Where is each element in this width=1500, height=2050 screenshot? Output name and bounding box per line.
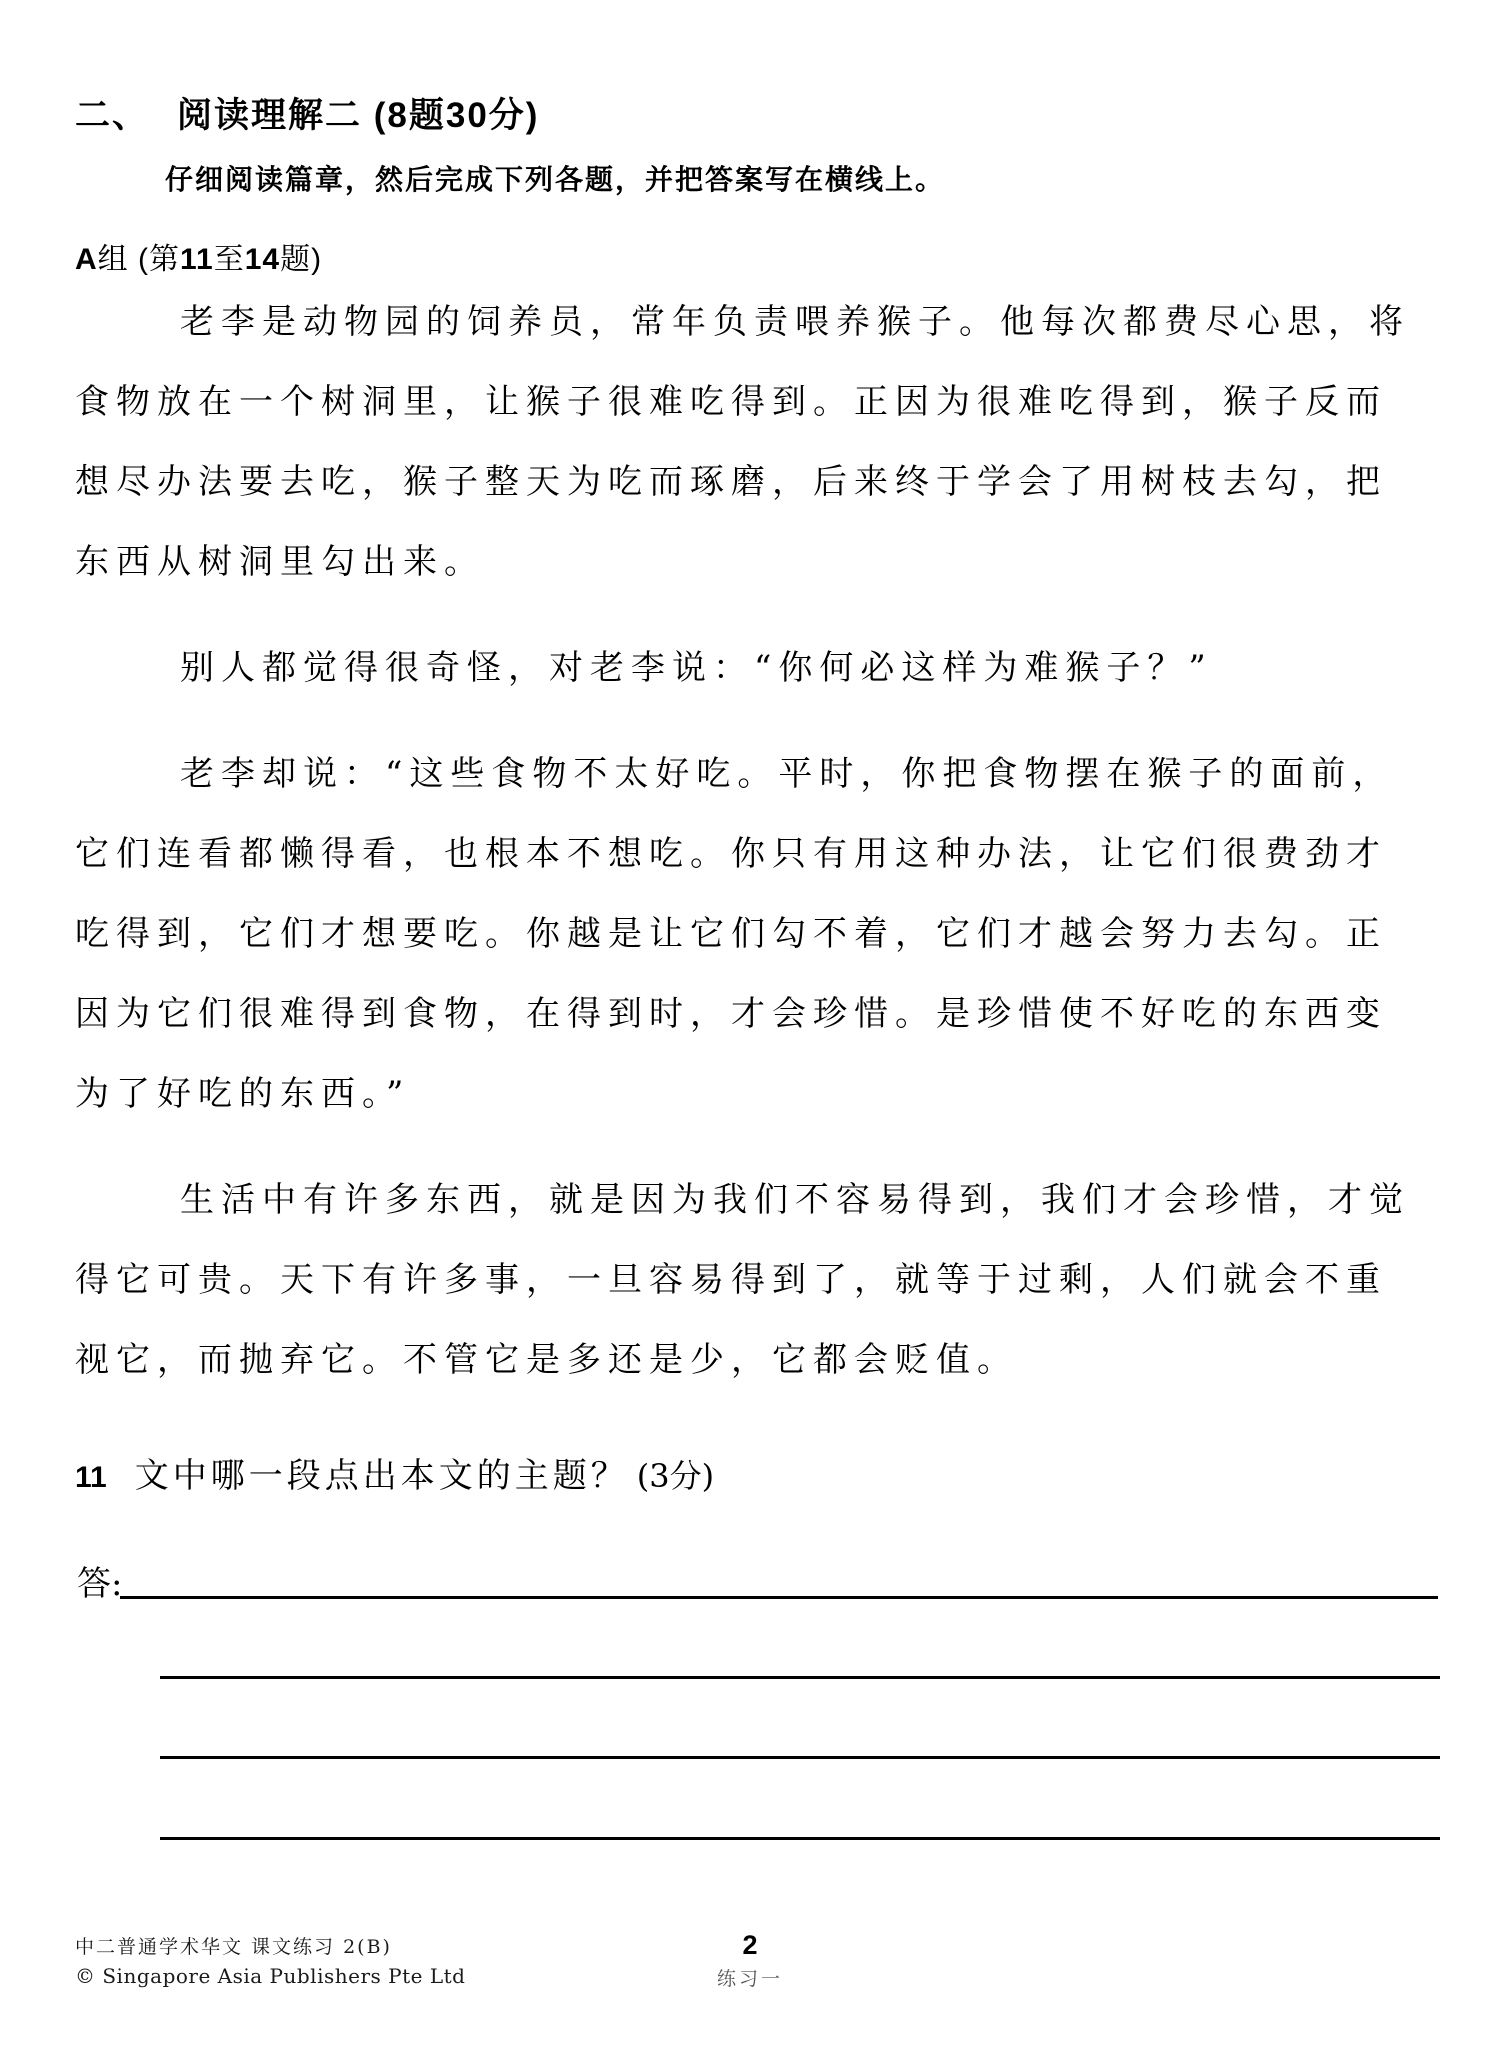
answer-blank-line-3[interactable] [160, 1756, 1440, 1759]
group-num1: 11 [180, 243, 214, 276]
section-title: 阅读理解二 (8题30分) [177, 88, 539, 138]
question-marks: (3分) [637, 1451, 714, 1497]
passage-line: 老李却说：“这些食物不太好吃。平时，你把食物摆在猴子的面前， [75, 734, 1445, 814]
question-number: 11 [75, 1461, 107, 1495]
answer-blank-line-4[interactable] [160, 1837, 1440, 1840]
passage-line: 生活中有许多东西，就是因为我们不容易得到，我们才会珍惜，才觉 [75, 1160, 1445, 1240]
passage-line: 吃得到，它们才想要吃。你越是让它们勾不着，它们才越会努力去勾。正 [75, 894, 1445, 974]
group-num2: 14 [245, 243, 280, 276]
passage-line: 想尽办法要去吃，猴子整天为吃而琢磨，后来终于学会了用树枝去勾，把 [75, 442, 1445, 522]
passage-paragraph-2: 别人都觉得很奇怪，对老李说：“你何必这样为难猴子？” [75, 628, 1445, 708]
page-number: 2 [0, 1930, 1500, 1961]
passage-line: 视它，而抛弃它。不管它是多还是少，它都会贬值。 [75, 1320, 1445, 1400]
passage-line: 为了好吃的东西。” [75, 1054, 1445, 1134]
answer-blank-line-1[interactable] [120, 1596, 1438, 1599]
exercise-label: 练习一 [0, 1964, 1500, 1991]
passage-line: 食物放在一个树洞里，让猴子很难吃得到。正因为很难吃得到，猴子反而 [75, 362, 1445, 442]
passage-line: 东西从树洞里勾出来。 [75, 522, 1445, 602]
question-11: 11 文中哪一段点出本文的主题？ (3分) [75, 1448, 714, 1497]
group-letter: A [75, 243, 98, 276]
instruction-text: 仔细阅读篇章，然后完成下列各题，并把答案写在横线上。 [165, 158, 945, 198]
passage-paragraph-1: 老李是动物园的饲养员，常年负责喂养猴子。他每次都费尽心思，将 食物放在一个树洞里… [75, 282, 1445, 602]
passage-line: 老李是动物园的饲养员，常年负责喂养猴子。他每次都费尽心思，将 [75, 282, 1445, 362]
section-number: 二、 [75, 88, 149, 138]
answer-label: 答: [77, 1556, 122, 1605]
passage-line: 它们连看都懒得看，也根本不想吃。你只有用这种办法，让它们很费劲才 [75, 814, 1445, 894]
group-to: 至 [214, 243, 245, 276]
passage-paragraph-4: 生活中有许多东西，就是因为我们不容易得到，我们才会珍惜，才觉 得它可贵。天下有许… [75, 1160, 1445, 1400]
group-post: 题) [280, 243, 322, 276]
question-text: 文中哪一段点出本文的主题？ [135, 1448, 629, 1497]
worksheet-page: 二、 阅读理解二 (8题30分) 仔细阅读篇章，然后完成下列各题，并把答案写在横… [0, 0, 1500, 2050]
section-header: 二、 阅读理解二 (8题30分) [75, 88, 539, 138]
passage-line: 得它可贵。天下有许多事，一旦容易得到了，就等于过剩，人们就会不重 [75, 1240, 1445, 1320]
passage-line: 因为它们很难得到食物，在得到时，才会珍惜。是珍惜使不好吃的东西变 [75, 974, 1445, 1054]
footer-center: 2 练习一 [0, 1930, 1500, 1991]
group-pre: 组 (第 [98, 243, 180, 276]
passage-paragraph-3: 老李却说：“这些食物不太好吃。平时，你把食物摆在猴子的面前， 它们连看都懒得看，… [75, 734, 1445, 1134]
group-header: A组 (第11至14题) [75, 234, 322, 278]
passage-line: 别人都觉得很奇怪，对老李说：“你何必这样为难猴子？” [75, 628, 1445, 708]
reading-passage: 老李是动物园的饲养员，常年负责喂养猴子。他每次都费尽心思，将 食物放在一个树洞里… [75, 282, 1445, 1400]
answer-blank-line-2[interactable] [160, 1676, 1440, 1679]
